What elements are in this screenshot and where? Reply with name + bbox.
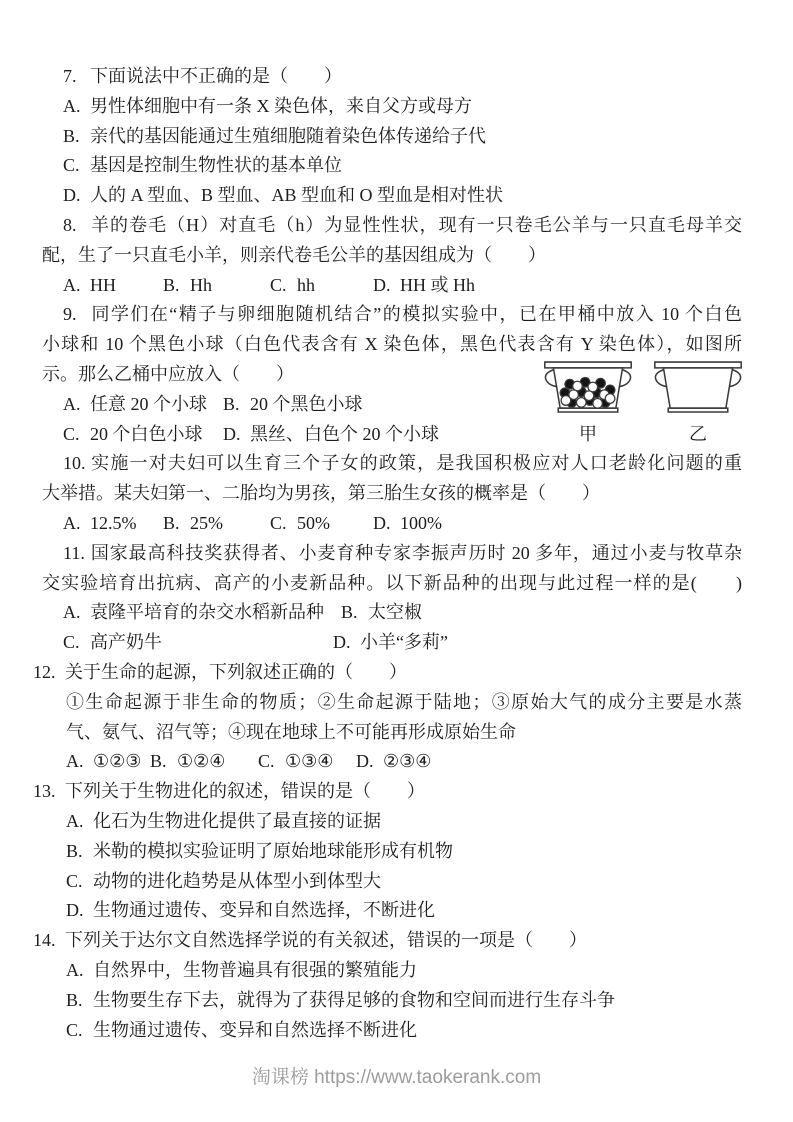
line-text: 男性体细胞中有一条 X 染色体，来自父方或母方	[90, 96, 472, 116]
question-number: 8.	[63, 211, 90, 241]
option-letter: A.	[63, 509, 90, 539]
option-letter: A.	[63, 271, 90, 301]
line-text: 大举措。某夫妇第一、二胎均为男孩，第三胎生女孩的概率是（ ）	[42, 483, 600, 503]
line-text: 同学们在“精子与卵细胞随机结合”的模拟实验中，已在甲桶中放入 10 个白色	[90, 304, 742, 324]
option: A.任意 20 个小球	[63, 390, 223, 420]
option: C.50%	[270, 509, 373, 539]
option-line: B.生物要生存下去，就得为了获得足够的食物和空间而进行生存斗争	[66, 986, 793, 1016]
line-text: 下列关于生物进化的叙述，错误的是（ ）	[65, 781, 425, 801]
question-number: 14.	[33, 926, 65, 956]
question-wrap-line: 小球和 10 个黑色小球（白色代表含有 X 染色体，黑色代表含有 Y 染色体），…	[42, 330, 742, 360]
line-text: 生物要生存下去，就得为了获得足够的食物和空间而进行生存斗争	[93, 990, 615, 1010]
bucket-jia: 甲	[540, 357, 636, 443]
option-line: A.化石为生物进化提供了最直接的证据	[66, 807, 793, 837]
line-text: 自然界中，生物普遍具有很强的繁殖能力	[93, 960, 417, 980]
line-text: 基因是控制生物性状的基本单位	[90, 155, 342, 175]
option-text: ①②③	[93, 751, 141, 771]
option-line: D.人的 A 型血、B 型血、AB 型血和 O 型血是相对性状	[63, 181, 793, 211]
question-stem-line: 10.实施一对夫妇可以生育三个子女的政策，是我国积极应对人口老龄化问题的重	[63, 449, 742, 479]
option-line: B.亲代的基因能通过生殖细胞随着染色体传递给子代	[63, 122, 793, 152]
option-text: 100%	[400, 513, 442, 533]
line-text: 动物的进化趋势是从体型小到体型大	[93, 871, 381, 891]
line-text: 配，生了一只直毛小羊，则亲代卷毛公羊的基因组成为（ ）	[42, 245, 546, 265]
option-letter: A.	[63, 92, 90, 122]
line-text: 化石为生物进化提供了最直接的证据	[93, 811, 381, 831]
option: A.袁隆平培育的杂交水稻新品种	[63, 598, 341, 628]
option-text: ①③④	[285, 751, 333, 771]
line-text: 羊的卷毛（H）对直毛（h）为显性性状，现有一只卷毛公羊与一只直毛母羊交	[90, 215, 742, 235]
option: B.20 个黑色小球	[223, 390, 363, 420]
question-wrap-line: 气、氨气、沼气等；④现在地球上不可能再形成原始生命	[66, 718, 793, 748]
option-line: C.生物通过遗传、变异和自然选择不断进化	[66, 1016, 793, 1046]
option: B.①②④	[150, 747, 258, 777]
option-text: HH 或 Hh	[400, 275, 475, 295]
option-letter: C.	[270, 509, 297, 539]
buckets-figure: 甲 乙	[540, 357, 746, 443]
question-wrap-line: 配，生了一只直毛小羊，则亲代卷毛公羊的基因组成为（ ）	[42, 241, 793, 271]
option-letter: C.	[63, 420, 90, 450]
option-letter: A.	[63, 390, 90, 420]
line-text: 示。那么乙桶中应放入（ ）	[42, 364, 294, 384]
option-text: ②③④	[383, 751, 431, 771]
option-text: 25%	[190, 513, 223, 533]
option-letter: B.	[163, 509, 190, 539]
question-number: 12.	[33, 658, 65, 688]
line-text: 关于生命的起源，下列叙述正确的（ ）	[65, 662, 407, 682]
line-text: 气、氨气、沼气等；④现在地球上不可能再形成原始生命	[66, 722, 516, 742]
option: C.hh	[270, 271, 373, 301]
question-wrap-line: 大举措。某夫妇第一、二胎均为男孩，第三胎生女孩的概率是（ ）	[42, 479, 793, 509]
option-letter: C.	[63, 151, 90, 181]
option-text: 50%	[297, 513, 330, 533]
balls	[560, 377, 615, 408]
question-stem-line: 13.下列关于生物进化的叙述，错误的是（ ）	[33, 777, 793, 807]
line-text: 国家最高科技奖获得者、小麦育种专家李振声历时 20 多年，通过小麦与牧草杂	[90, 543, 742, 563]
options-row: A.HHB.HhC.hhD.HH 或 Hh	[63, 271, 793, 301]
question-wrap-line: ①生命起源于非生命的物质；②生命起源于陆地；③原始大气的成分主要是水蒸	[66, 688, 742, 718]
option-letter: C.	[66, 1016, 93, 1046]
line-text: 亲代的基因能通过生殖细胞随着染色体传递给子代	[90, 126, 486, 146]
exam-lines: 7.下面说法中不正确的是（ ）A.男性体细胞中有一条 X 染色体，来自父方或母方…	[0, 62, 793, 1045]
option-letter: A.	[66, 807, 93, 837]
option-text: HH	[90, 275, 116, 295]
option-text: 任意 20 个小球	[90, 394, 207, 414]
option-text: 黑丝、白色个 20 个小球	[250, 424, 439, 444]
question-stem-line: 9.同学们在“精子与卵细胞随机结合”的模拟实验中，已在甲桶中放入 10 个白色	[63, 300, 742, 330]
footer-watermark: 淘课榜 https://www.taokerank.com	[0, 1064, 793, 1092]
line-text: 米勒的模拟实验证明了原始地球能形成有机物	[93, 841, 453, 861]
option-text: 袁隆平培育的杂交水稻新品种	[90, 602, 324, 622]
option: A.12.5%	[63, 509, 163, 539]
option-letter: A.	[66, 956, 93, 986]
option-letter: B.	[66, 837, 93, 867]
option: D.小羊“多莉”	[333, 628, 448, 658]
line-text: 交实验培育出抗病、高产的小麦新品种。以下新品种的出现与此过程一样的是( )	[42, 573, 742, 593]
exam-page: 7.下面说法中不正确的是（ ）A.男性体细胞中有一条 X 染色体，来自父方或母方…	[0, 0, 793, 1122]
option-letter: B.	[66, 986, 93, 1016]
question-wrap-line: 交实验培育出抗病、高产的小麦新品种。以下新品种的出现与此过程一样的是( )	[42, 569, 742, 599]
option-line: C.动物的进化趋势是从体型小到体型大	[66, 867, 793, 897]
option-letter: B.	[341, 598, 368, 628]
option: B.Hh	[163, 271, 270, 301]
line-text: ①生命起源于非生命的物质；②生命起源于陆地；③原始大气的成分主要是水蒸	[66, 692, 742, 712]
option: B.太空椒	[341, 598, 422, 628]
option-text: 20 个白色小球	[90, 424, 203, 444]
option-letter: C.	[258, 747, 285, 777]
option-text: 小羊“多莉”	[360, 632, 448, 652]
option-letter: B.	[223, 390, 250, 420]
options-row: A.袁隆平培育的杂交水稻新品种B.太空椒	[63, 598, 793, 628]
option-letter: C.	[66, 867, 93, 897]
line-text: 小球和 10 个黑色小球（白色代表含有 X 染色体，黑色代表含有 Y 染色体），…	[42, 334, 742, 354]
option: C.高产奶牛	[63, 628, 333, 658]
option-text: 高产奶牛	[90, 632, 162, 652]
option-letter: D.	[66, 896, 93, 926]
option-letter: D.	[373, 271, 400, 301]
question-number: 13.	[33, 777, 65, 807]
option-line: C.基因是控制生物性状的基本单位	[63, 151, 793, 181]
question-stem-line: 12.关于生命的起源，下列叙述正确的（ ）	[33, 658, 793, 688]
option-letter: C.	[270, 271, 297, 301]
option-line: A.男性体细胞中有一条 X 染色体，来自父方或母方	[63, 92, 793, 122]
option-line: B.米勒的模拟实验证明了原始地球能形成有机物	[66, 837, 793, 867]
question-number: 9.	[63, 300, 90, 330]
option-letter: C.	[63, 628, 90, 658]
option: A.①②③	[66, 747, 150, 777]
option-text: 12.5%	[90, 513, 137, 533]
option-letter: D.	[356, 747, 383, 777]
page: { "page": {"width": 793, "height": 1122,…	[0, 0, 793, 1122]
question-number: 10.	[63, 449, 90, 479]
line-text: 实施一对夫妇可以生育三个子女的政策，是我国积极应对人口老龄化问题的重	[90, 453, 742, 473]
option-text: hh	[297, 275, 315, 295]
option-letter: D.	[373, 509, 400, 539]
question-stem-line: 14.下列关于达尔文自然选择学说的有关叙述，错误的一项是（ ）	[33, 926, 793, 956]
option: D.HH 或 Hh	[373, 271, 475, 301]
question-stem-line: 8.羊的卷毛（H）对直毛（h）为显性性状，现有一只卷毛公羊与一只直毛母羊交	[63, 211, 742, 241]
option-line: D.生物通过遗传、变异和自然选择，不断进化	[66, 896, 793, 926]
bucket-yi: 乙	[650, 357, 746, 443]
question-stem-line: 11.国家最高科技奖获得者、小麦育种专家李振声历时 20 多年，通过小麦与牧草杂	[63, 539, 742, 569]
option-letter: D.	[333, 628, 360, 658]
question-stem-line: 7.下面说法中不正确的是（ ）	[63, 62, 793, 92]
option-letter: B.	[63, 122, 90, 152]
question-number: 11.	[63, 539, 90, 569]
option: D.100%	[373, 509, 442, 539]
bucket-jia-label: 甲	[540, 425, 636, 443]
option: D.黑丝、白色个 20 个小球	[223, 420, 439, 450]
option: A.HH	[63, 271, 163, 301]
options-row: A.12.5%B.25%C.50%D.100%	[63, 509, 793, 539]
option-letter: A.	[63, 598, 90, 628]
option-text: 20 个黑色小球	[250, 394, 363, 414]
question-number: 7.	[63, 62, 90, 92]
line-text: 生物通过遗传、变异和自然选择不断进化	[93, 1020, 417, 1040]
option: D.②③④	[356, 747, 431, 777]
option-letter: B.	[150, 747, 177, 777]
line-text: 下列关于达尔文自然选择学说的有关叙述，错误的一项是（ ）	[65, 930, 587, 950]
bucket-yi-illustration	[650, 357, 746, 419]
option-text: 太空椒	[368, 602, 422, 622]
option-line: A.自然界中，生物普遍具有很强的繁殖能力	[66, 956, 793, 986]
option-text: ①②④	[177, 751, 225, 771]
option: C.①③④	[258, 747, 356, 777]
bucket-jia-illustration	[540, 357, 636, 419]
option-text: Hh	[190, 275, 212, 295]
line-text: 下面说法中不正确的是（ ）	[90, 66, 342, 86]
options-row: A.①②③B.①②④C.①③④D.②③④	[66, 747, 793, 777]
option: B.25%	[163, 509, 270, 539]
bucket-yi-label: 乙	[650, 425, 746, 443]
option-letter: D.	[223, 420, 250, 450]
options-row: C.高产奶牛D.小羊“多莉”	[63, 628, 793, 658]
option-letter: D.	[63, 181, 90, 211]
option-letter: B.	[163, 271, 190, 301]
option: C.20 个白色小球	[63, 420, 223, 450]
line-text: 人的 A 型血、B 型血、AB 型血和 O 型血是相对性状	[90, 185, 503, 205]
option-letter: A.	[66, 747, 93, 777]
line-text: 生物通过遗传、变异和自然选择，不断进化	[93, 900, 435, 920]
